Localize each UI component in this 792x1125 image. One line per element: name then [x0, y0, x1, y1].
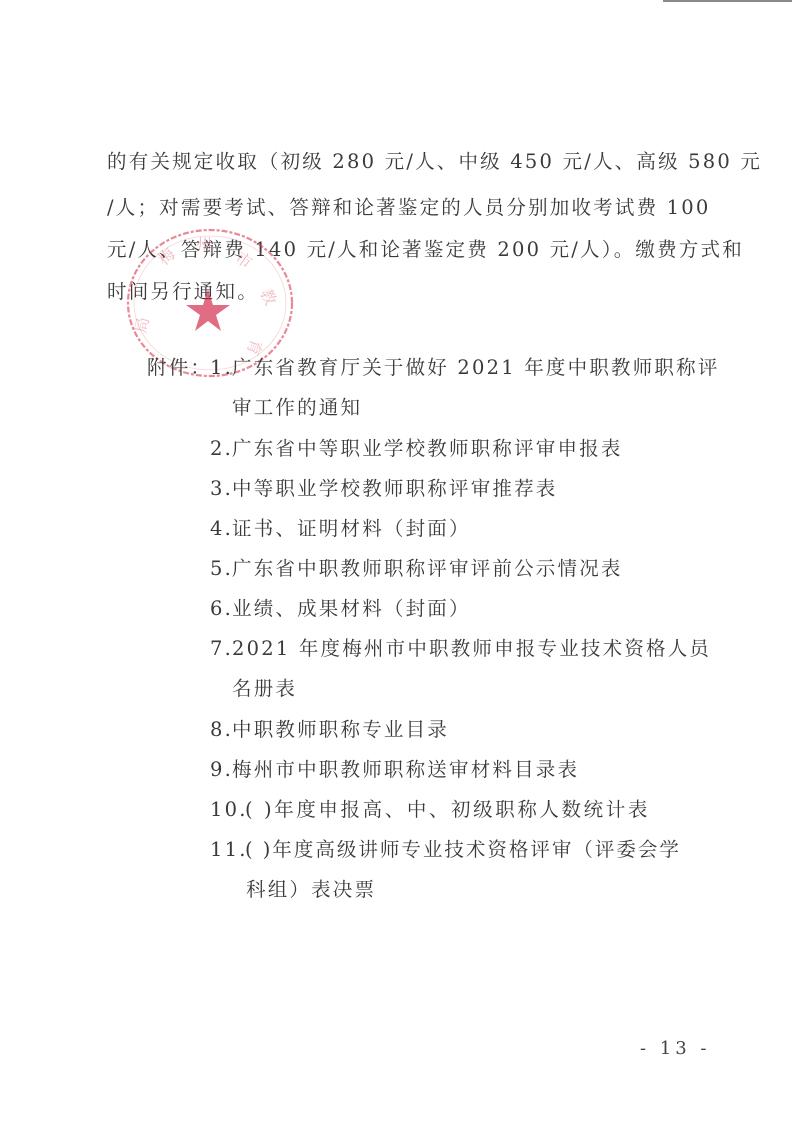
page-number: - 13 - — [640, 1038, 711, 1059]
attachment-number: 9. — [210, 758, 233, 782]
svg-text:局: 局 — [131, 316, 152, 335]
attachment-number: 6. — [210, 597, 233, 621]
attachment-number: 7. — [210, 637, 233, 661]
attachment-title-continued: 科组）表决票 — [246, 878, 376, 902]
attachment-title: 证书、证明材料（封面） — [232, 517, 471, 541]
attachment-number: 4. — [210, 517, 233, 541]
paragraph-line: 元/人、答辩费 140 元/人和论著鉴定费 200 元/人）。缴费方式和 — [107, 238, 693, 262]
attachment-number: 11. — [210, 838, 248, 862]
attachment-number: 3. — [210, 477, 233, 501]
attachment-number: 8. — [210, 718, 233, 742]
attachment-title: 广东省中等职业学校教师职称评审申报表 — [232, 437, 623, 461]
attachment-title: 广东省中职教师职称评审评前公示情况表 — [232, 557, 623, 581]
attachment-title: 业绩、成果材料（封面） — [232, 597, 471, 621]
attachment-number: 10. — [210, 798, 248, 822]
paragraph-line: /人；对需要考试、答辩和论著鉴定的人员分别加收考试费 100 — [107, 196, 693, 220]
attachment-title: 中等职业学校教师职称评审推荐表 — [232, 477, 558, 501]
attachment-title: 广东省教育厅关于做好 2021 年度中职教师职称评 — [232, 356, 720, 380]
attachment-title-continued: 审工作的通知 — [232, 396, 362, 420]
attachment-number: 1. — [210, 356, 233, 380]
paragraph-line: 时间另行通知。 — [107, 280, 693, 304]
top-edge-rule — [663, 0, 792, 2]
svg-text:育: 育 — [243, 337, 266, 359]
attachment-title: ( )年度高级讲师专业技术资格评审（评委会学 — [245, 838, 681, 862]
attachment-title: 2021 年度梅州市中职教师申报专业技术资格人员 — [232, 637, 711, 661]
attachment-number: 2. — [210, 437, 233, 461]
attachment-title-continued: 名册表 — [232, 677, 297, 701]
attachment-title: ( )年度申报高、中、初级职称人数统计表 — [245, 798, 650, 822]
attachment-title: 梅州市中职教师职称送审材料目录表 — [232, 758, 579, 782]
attachments-label: 附件： — [147, 356, 212, 380]
attachment-title: 中职教师职称专业目录 — [232, 718, 449, 742]
paragraph-line: 的有关规定收取（初级 280 元/人、中级 450 元/人、高级 580 元 — [107, 150, 693, 174]
attachment-number: 5. — [210, 557, 233, 581]
